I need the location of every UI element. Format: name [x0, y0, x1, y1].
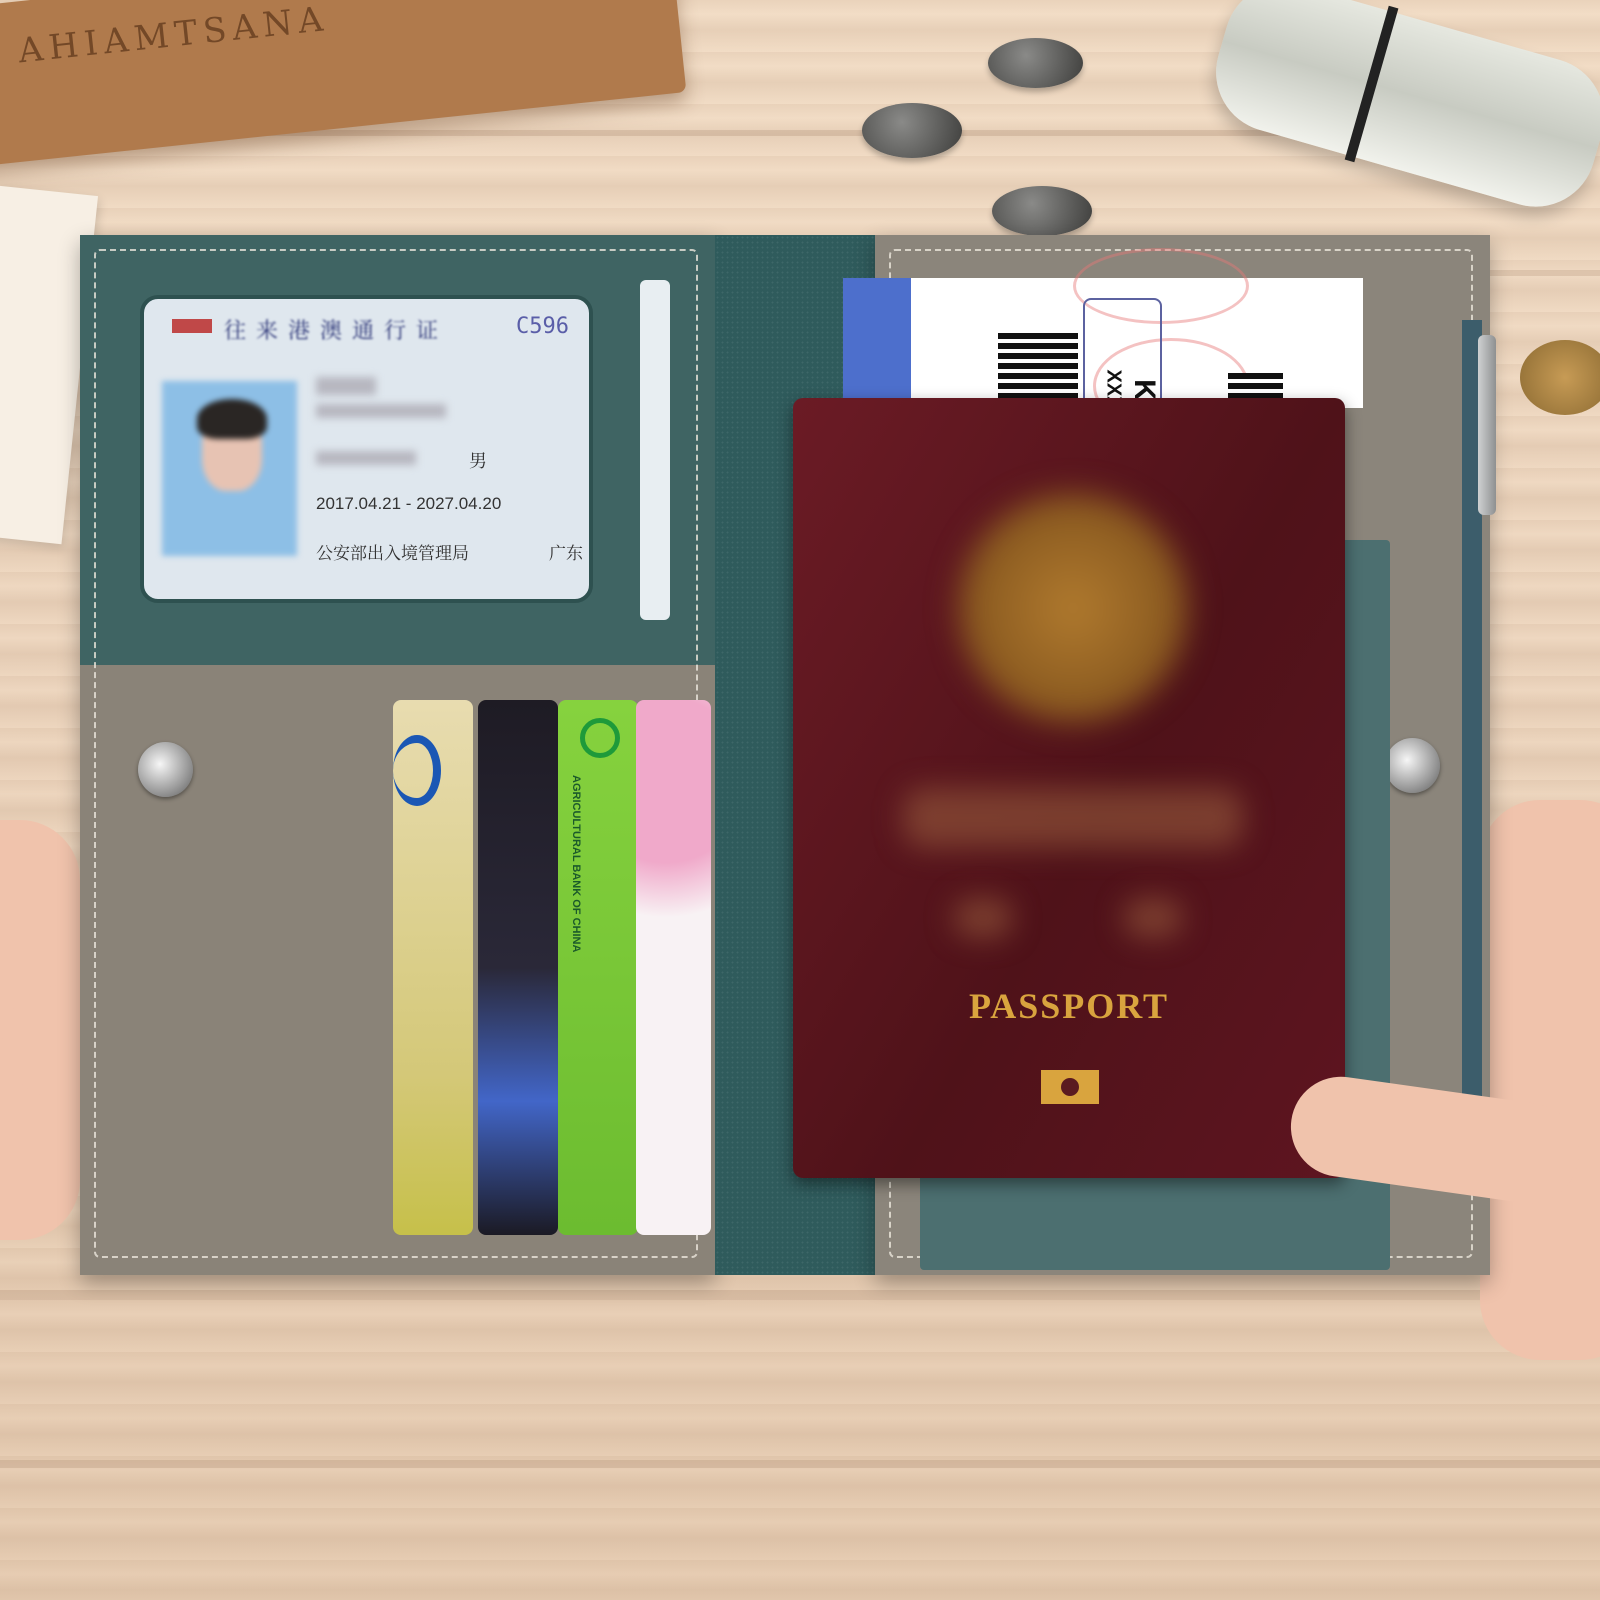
passport: PASSPORT [793, 398, 1345, 1178]
bank-card-ccb [393, 700, 473, 1235]
rubber-band [1345, 6, 1399, 163]
hair [197, 399, 267, 439]
boarding-pass: XXX K [843, 278, 1363, 408]
id-gender: 男 [469, 447, 487, 473]
id-photo [162, 381, 297, 556]
barcode [998, 333, 1078, 408]
zipper-pull [1478, 335, 1496, 515]
biometric-chip-icon [1041, 1070, 1099, 1104]
national-emblem-icon [953, 488, 1193, 728]
blurred-label [1123, 898, 1183, 938]
blurred-dob [316, 451, 416, 465]
blurred-name [316, 377, 376, 395]
blurred-country-name [903, 788, 1243, 848]
coin [988, 38, 1083, 88]
snap-button [138, 742, 193, 797]
ticket-stripe [843, 278, 911, 408]
sign-text: AHIAMTSANA [16, 0, 330, 71]
bank-card-abc: AGRICULTURAL BANK OF CHINA [558, 700, 638, 1235]
rolled-banknotes [1202, 0, 1600, 221]
bank-logo-icon [393, 735, 441, 806]
right-hand [1480, 800, 1600, 1360]
passport-title: PASSPORT [793, 985, 1345, 1027]
blurred-label [953, 898, 1013, 938]
id-issue-place: 广东 [549, 539, 583, 564]
id-card: 往来港澳通行证 C596 男 2017.04.21 - 2027.04.20 公… [140, 295, 593, 603]
bank-card-pink [636, 700, 711, 1235]
id-logo [172, 319, 212, 333]
id-validity: 2017.04.21 - 2027.04.20 [316, 494, 501, 514]
id-header: 往来港澳通行证 [224, 314, 448, 345]
bank-card-dark [478, 700, 558, 1235]
card-slot [640, 280, 670, 620]
bank-logo-icon [580, 718, 620, 758]
id-issuer: 公安部出入境管理局 [316, 539, 469, 564]
snap-button [1385, 738, 1440, 793]
id-number: C596 [516, 314, 569, 339]
coin [862, 103, 962, 158]
coin [992, 186, 1092, 236]
blurred-line [316, 404, 446, 418]
chip-center [1061, 1078, 1079, 1096]
wooden-sign: AHIAMTSANA [0, 0, 686, 167]
coin [1520, 340, 1600, 415]
card-bank-name: AGRICULTURAL BANK OF CHINA [570, 775, 582, 952]
